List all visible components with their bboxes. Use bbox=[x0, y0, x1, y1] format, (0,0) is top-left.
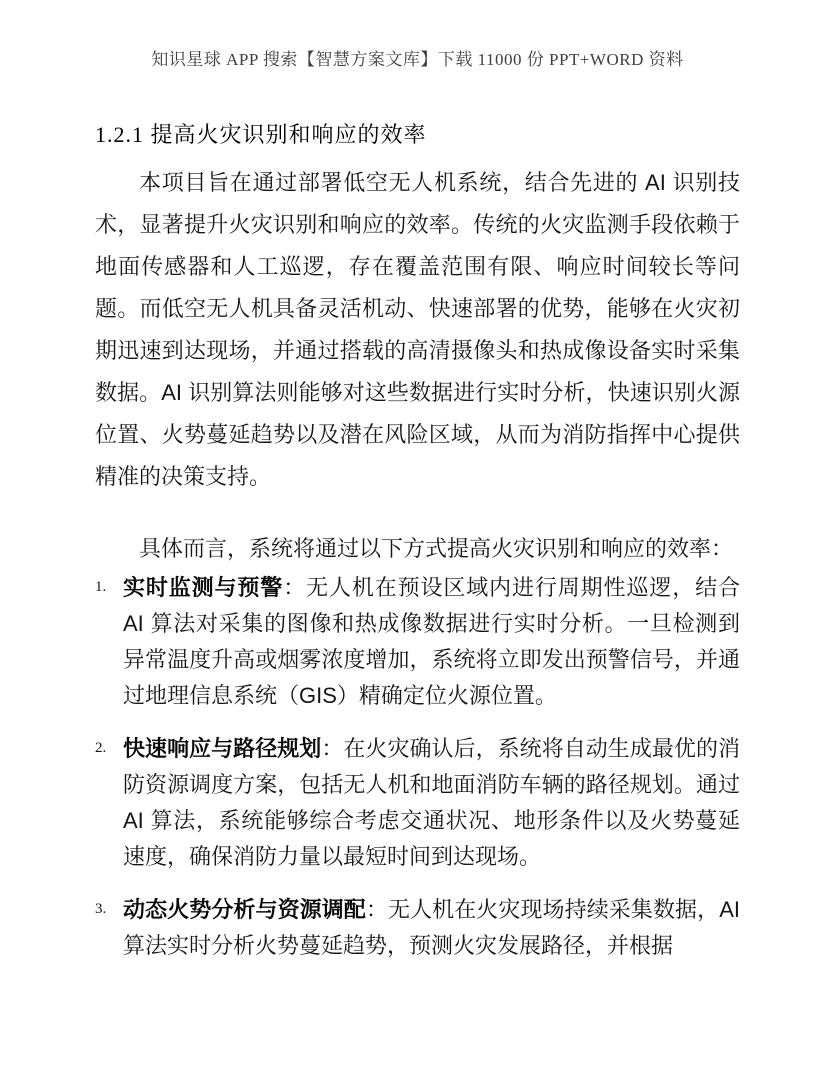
list-item-number: 2. bbox=[95, 731, 123, 756]
numbered-list: 1. 实时监测与预警：无人机在预设区域内进行周期性巡逻，结合 AI 算法对采集的… bbox=[95, 570, 740, 964]
document-content: 1.2.1 提高火灾识别和响应的效率 本项目旨在通过部署低空无人机系统，结合先进… bbox=[0, 122, 835, 964]
lead-in-paragraph: 具体而言，系统将通过以下方式提高火灾识别和响应的效率： bbox=[95, 528, 740, 570]
list-item-bold-lead: 实时监测与预警 bbox=[123, 575, 283, 600]
list-item: 1. 实时监测与预警：无人机在预设区域内进行周期性巡逻，结合 AI 算法对采集的… bbox=[95, 570, 740, 714]
list-item-text: 快速响应与路径规划：在火灾确认后，系统将自动生成最优的消防资源调度方案，包括无人… bbox=[123, 731, 740, 875]
list-item-number: 1. bbox=[95, 570, 123, 595]
section-heading: 1.2.1 提高火灾识别和响应的效率 bbox=[95, 122, 740, 148]
document-page: 知识星球 APP 搜索【智慧方案文库】下载 11000 份 PPT+WORD 资… bbox=[0, 0, 835, 1080]
list-item-text: 实时监测与预警：无人机在预设区域内进行周期性巡逻，结合 AI 算法对采集的图像和… bbox=[123, 570, 740, 714]
intro-paragraph: 本项目旨在通过部署低空无人机系统，结合先进的 AI 识别技术，显著提升火灾识别和… bbox=[95, 162, 740, 498]
list-item: 3. 动态火势分析与资源调配：无人机在火灾现场持续采集数据，AI 算法实时分析火… bbox=[95, 892, 740, 964]
list-item-bold-lead: 动态火势分析与资源调配 bbox=[123, 897, 366, 922]
document-header-note: 知识星球 APP 搜索【智慧方案文库】下载 11000 份 PPT+WORD 资… bbox=[0, 0, 835, 70]
list-item-separator: ： bbox=[366, 897, 388, 922]
list-item: 2. 快速响应与路径规划：在火灾确认后，系统将自动生成最优的消防资源调度方案，包… bbox=[95, 731, 740, 875]
list-item-separator: ： bbox=[283, 575, 306, 600]
list-item-separator: ： bbox=[321, 736, 343, 761]
list-item-bold-lead: 快速响应与路径规划 bbox=[123, 736, 321, 761]
list-item-text: 动态火势分析与资源调配：无人机在火灾现场持续采集数据，AI 算法实时分析火势蔓延… bbox=[123, 892, 740, 964]
list-item-number: 3. bbox=[95, 892, 123, 917]
